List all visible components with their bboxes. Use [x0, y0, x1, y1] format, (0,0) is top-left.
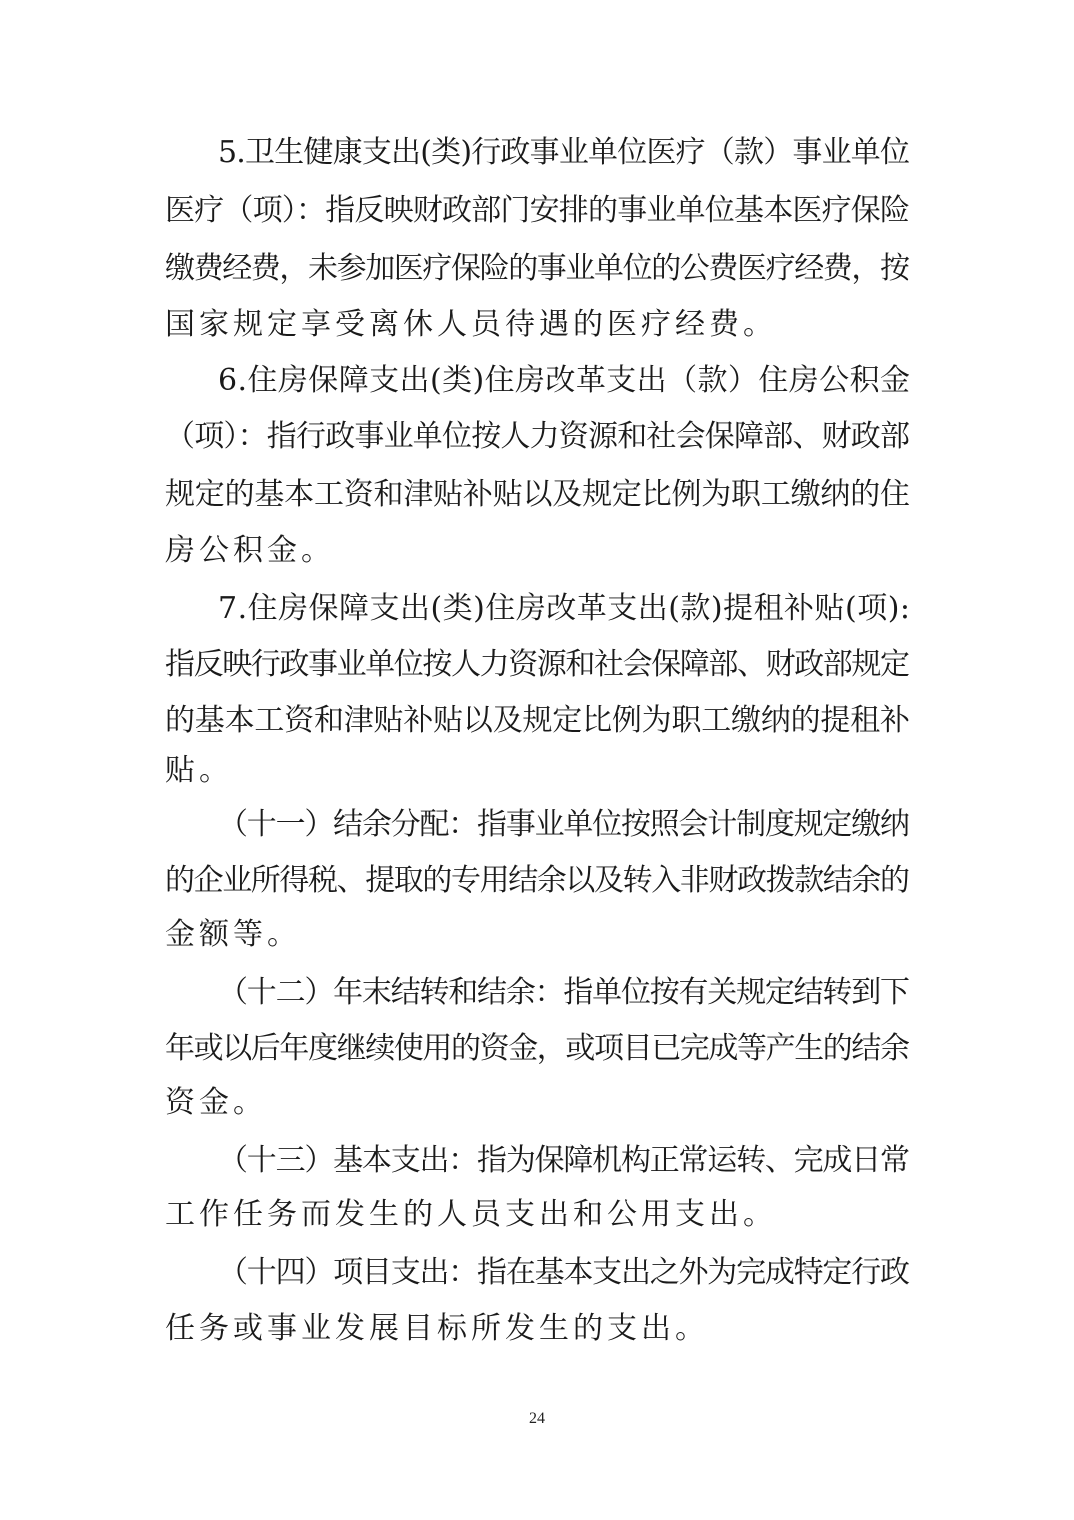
paragraph-6-line-4: 房公积金。 [165, 522, 335, 580]
paragraph-7-line-1: 7.住房保障支出(类)住房改革支出(款)提租补贴(项): [218, 580, 910, 638]
text-line: 贴。 [165, 742, 233, 800]
text-line: 年或以后年度继续使用的资金，或项目已完成等产生的结余 [165, 1020, 909, 1078]
text-line: （项）：指行政事业单位按人力资源和社会保障部、财政部 [165, 408, 909, 466]
text-line: 的基本工资和津贴补贴以及规定比例为职工缴纳的提租补 [165, 692, 910, 750]
text-line: 的企业所得税、提取的专用结余以及转入非财政拨款结余的 [165, 852, 909, 910]
paragraph-7-line-2: 指反映行政事业单位按人力资源和社会保障部、财政部规定 [165, 636, 909, 694]
paragraph-12-line-3: 资金。 [165, 1074, 267, 1132]
text-line: 指反映行政事业单位按人力资源和社会保障部、财政部规定 [165, 636, 909, 694]
paragraph-13-line-1: （十三）基本支出：指为保障机构正常运转、完成日常 [218, 1132, 909, 1190]
text-line: 5.卫生健康支出(类)行政事业单位医疗（款）事业单位 [218, 124, 909, 182]
text-line: 房公积金。 [165, 522, 335, 580]
paragraph-6-line-3: 规定的基本工资和津贴补贴以及规定比例为职工缴纳的住 [165, 466, 910, 524]
text-line: 6.住房保障支出(类)住房改革支出（款）住房公积金 [218, 352, 910, 410]
text-line: 资金。 [165, 1074, 267, 1132]
paragraph-12-line-1: （十二）年末结转和结余：指单位按有关规定结转到下 [218, 964, 909, 1022]
text-line: 医疗（项）：指反映财政部门安排的事业单位基本医疗保险 [165, 182, 909, 240]
paragraph-5-line-1: 5.卫生健康支出(类)行政事业单位医疗（款）事业单位 [218, 124, 909, 182]
paragraph-14-line-2: 任务或事业发展目标所发生的支出。 [165, 1300, 709, 1358]
paragraph-13-line-2: 工作任务而发生的人员支出和公用支出。 [165, 1186, 777, 1244]
text-line: （十二）年末结转和结余：指单位按有关规定结转到下 [218, 964, 909, 1022]
text-line: 国家规定享受离休人员待遇的医疗经费。 [165, 296, 777, 354]
paragraph-14-line-1: （十四）项目支出：指在基本支出之外为完成特定行政 [218, 1244, 909, 1302]
paragraph-7-line-4: 贴。 [165, 742, 233, 800]
document-page: 5.卫生健康支出(类)行政事业单位医疗（款）事业单位 医疗（项）：指反映财政部门… [0, 0, 1074, 1520]
text-line: （十三）基本支出：指为保障机构正常运转、完成日常 [218, 1132, 909, 1190]
paragraph-11-line-2: 的企业所得税、提取的专用结余以及转入非财政拨款结余的 [165, 852, 909, 910]
paragraph-7-line-3: 的基本工资和津贴补贴以及规定比例为职工缴纳的提租补 [165, 692, 910, 750]
text-line: 工作任务而发生的人员支出和公用支出。 [165, 1186, 777, 1244]
paragraph-5-line-3: 缴费经费，未参加医疗保险的事业单位的公费医疗经费，按 [165, 240, 909, 298]
text-line: 任务或事业发展目标所发生的支出。 [165, 1300, 709, 1358]
paragraph-6-line-2: （项）：指行政事业单位按人力资源和社会保障部、财政部 [165, 408, 909, 466]
text-line: 7.住房保障支出(类)住房改革支出(款)提租补贴(项): [218, 580, 910, 638]
paragraph-5-line-4: 国家规定享受离休人员待遇的医疗经费。 [165, 296, 777, 354]
paragraph-12-line-2: 年或以后年度继续使用的资金，或项目已完成等产生的结余 [165, 1020, 909, 1078]
text-line: 规定的基本工资和津贴补贴以及规定比例为职工缴纳的住 [165, 466, 910, 524]
text-line: （十一）结余分配：指事业单位按照会计制度规定缴纳 [218, 796, 909, 854]
paragraph-11-line-1: （十一）结余分配：指事业单位按照会计制度规定缴纳 [218, 796, 909, 854]
page-number: 24 [0, 1410, 1074, 1428]
text-line: （十四）项目支出：指在基本支出之外为完成特定行政 [218, 1244, 909, 1302]
paragraph-5-line-2: 医疗（项）：指反映财政部门安排的事业单位基本医疗保险 [165, 182, 909, 240]
text-line: 金额等。 [165, 906, 301, 964]
paragraph-6-line-1: 6.住房保障支出(类)住房改革支出（款）住房公积金 [218, 352, 910, 410]
text-line: 缴费经费，未参加医疗保险的事业单位的公费医疗经费，按 [165, 240, 909, 298]
paragraph-11-line-3: 金额等。 [165, 906, 301, 964]
